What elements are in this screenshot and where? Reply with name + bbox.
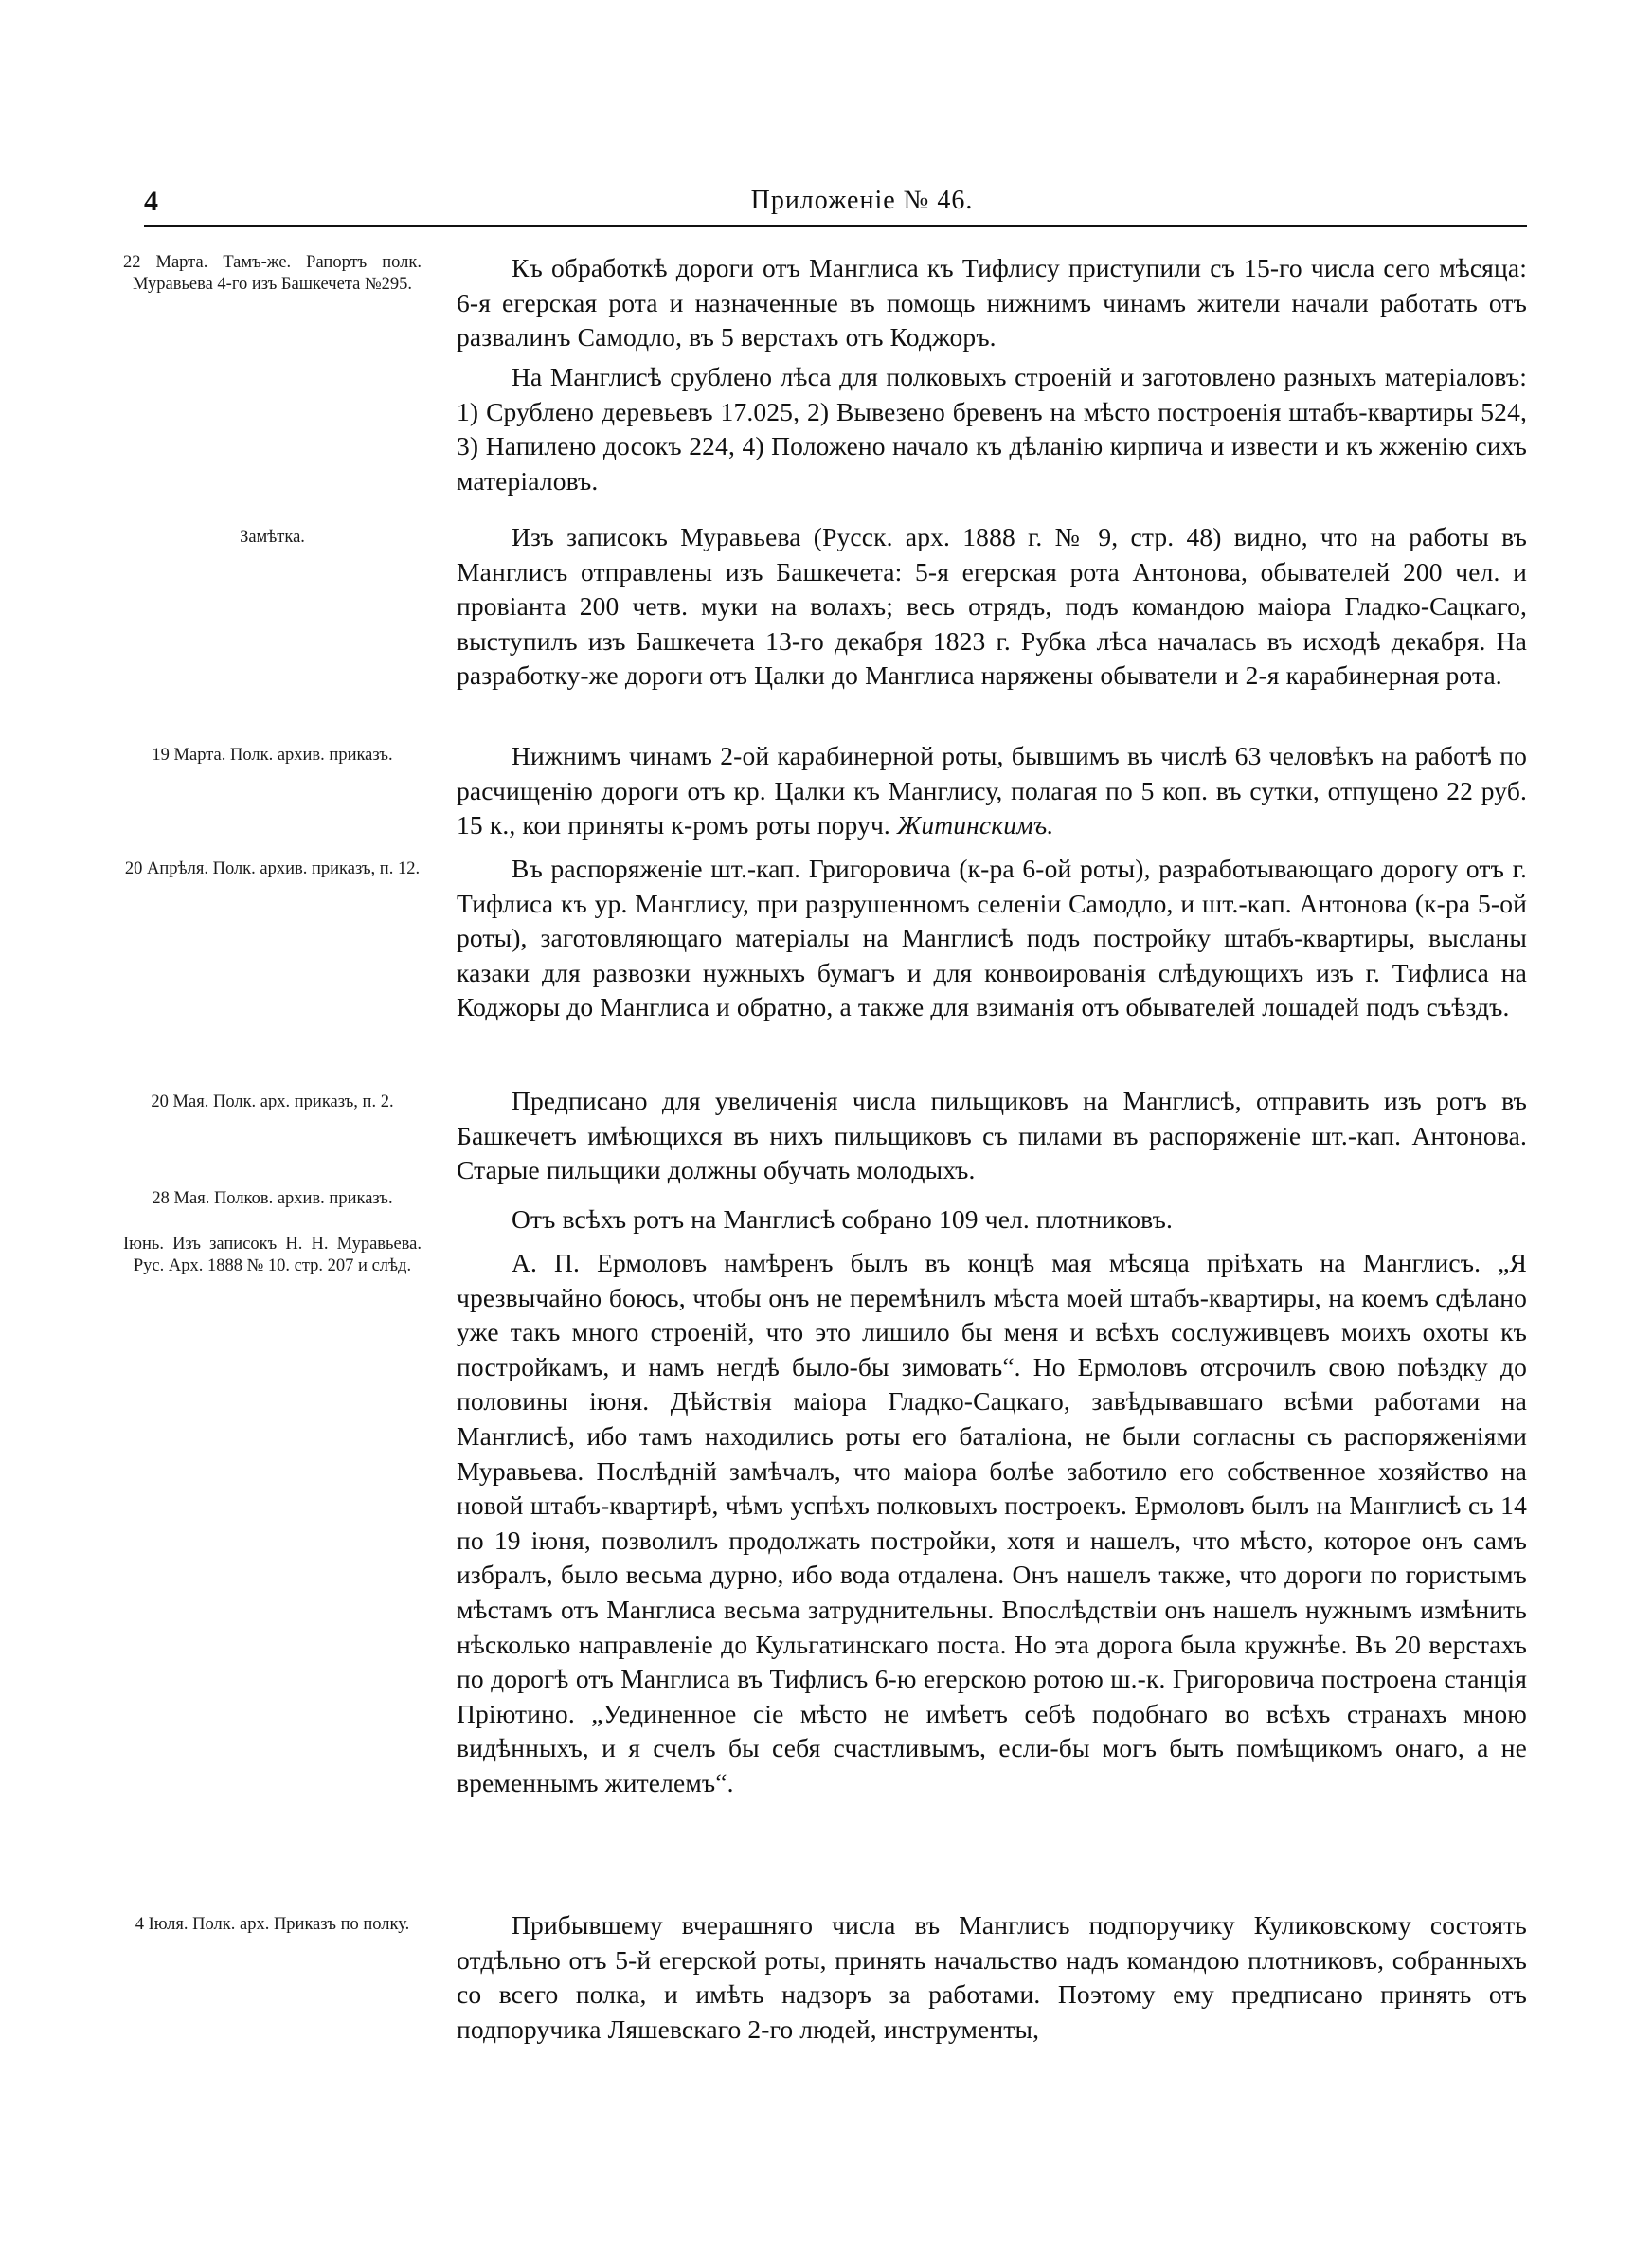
paragraph: Отъ всѣхъ ротъ на Манглисѣ собрано 109 ч… [457,1202,1527,1237]
paragraph-text: Изъ записокъ Муравьева (Русск. арх. 1888… [457,520,1527,694]
header-rule [144,225,1527,227]
paragraph-text: На Манглисѣ срублено лѣса для полковыхъ … [457,360,1527,498]
sidenote: 19 Марта. Полк. архив. приказъ. [123,745,422,767]
paragraph-text: Въ распоряженіе шт.-кап. Григоровича (к-… [457,852,1527,1025]
sidenote: Іюнь. Изъ записокъ Н. Н. Муравьева. Рус.… [123,1234,422,1277]
paragraph: Прибывшему вчерашняго числа въ Манглисъ … [457,1908,1527,2047]
paragraph: На Манглисѣ срублено лѣса для полковыхъ … [457,360,1527,498]
paragraph: Предписано для увеличенія числа пильщико… [457,1084,1527,1188]
paragraph-italic-name: Житинскимъ. [897,810,1053,840]
paragraph-text: Къ обработкѣ дороги отъ Манглиса къ Тифл… [457,251,1527,355]
paragraph: А. П. Ермоловъ намѣренъ былъ въ концѣ ма… [457,1246,1527,1801]
sidenote: 20 Мая. Полк. арх. приказъ, п. 2. [123,1092,422,1113]
running-title: Приложеніе № 46. [663,186,1061,216]
paragraph-text: Прибывшему вчерашняго числа въ Манглисъ … [457,1908,1527,2047]
paragraph: Изъ записокъ Муравьева (Русск. арх. 1888… [457,520,1527,694]
paragraph: Нижнимъ чинамъ 2-ой карабинерной роты, б… [457,739,1527,843]
sidenote: Замѣтка. [123,527,422,549]
sidenote: 20 Апрѣля. Полк. архив. приказъ, п. 12. [123,858,422,880]
paragraph: Къ обработкѣ дороги отъ Манглиса къ Тифл… [457,251,1527,355]
paragraph: Въ распоряженіе шт.-кап. Григоровича (к-… [457,852,1527,1025]
page-number: 4 [144,186,158,218]
sidenote: 4 Іюля. Полк. арх. Приказъ по полку. [123,1914,422,1936]
sidenote: 22 Марта. Тамъ-же. Рапортъ полк. Муравье… [123,252,422,296]
paragraph-text: Отъ всѣхъ ротъ на Манглисѣ собрано 109 ч… [457,1202,1527,1237]
paragraph-text: Нижнимъ чинамъ 2-ой карабинерной роты, б… [457,739,1527,843]
paragraph-text: Предписано для увеличенія числа пильщико… [457,1084,1527,1188]
sidenote: 28 Мая. Полков. архив. приказъ. [123,1188,422,1210]
paragraph-text: А. П. Ермоловъ намѣренъ былъ въ концѣ ма… [457,1246,1527,1801]
